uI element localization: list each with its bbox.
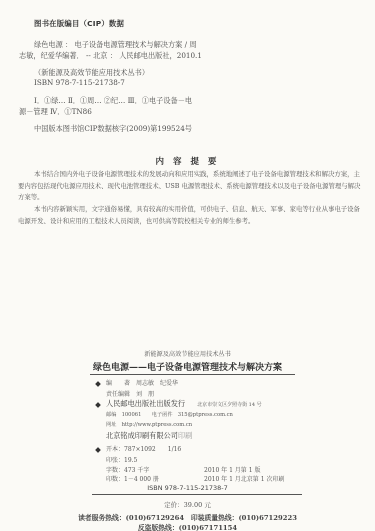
printer-row: 北京铭成印刷有限公司印刷 bbox=[106, 431, 192, 441]
cip-isbn: ISBN 978-7-115-21738-7 bbox=[34, 78, 125, 88]
cip-series: （新能源及高效节能应用技术丛书） bbox=[34, 68, 149, 78]
sheets-row: 印张：19.5 bbox=[106, 455, 137, 464]
contact-row: 邮编 100061 电子函件 315@ptpress.com.cn bbox=[106, 411, 233, 418]
isbn-line: ISBN 978-7-115-21738-7 bbox=[0, 484, 375, 492]
diamond-bullet-icon bbox=[95, 381, 101, 387]
book-title: 绿色电源——电子设备电源管理技术与解决方案 bbox=[0, 360, 375, 373]
publisher-row: 人民邮电出版社出版发行 北京市崇文区夕照寺街 14 号 bbox=[96, 399, 262, 409]
format-row: 开本：787×1092 1/16 bbox=[96, 444, 181, 453]
copies-row: 印数：1－4 000 册 bbox=[106, 474, 159, 483]
diamond-bullet-icon bbox=[95, 447, 101, 453]
cip-class-2: 源－管理 Ⅳ．①TN86 bbox=[19, 107, 92, 117]
cip-line-2: 志敏，纪爱华编著． -- 北京 ： 人民邮电出版社，2010.1 bbox=[19, 51, 202, 61]
cip-heading: 图书在版编目（CIP）数据 bbox=[34, 18, 124, 29]
website-row: 网址 http://www.ptpress.com.cn bbox=[106, 421, 192, 428]
diamond-bullet-icon bbox=[95, 402, 101, 408]
summary-heading: 内 容 提 要 bbox=[0, 155, 375, 167]
cip-class-1: Ⅰ．①绿… Ⅱ．①周… ②纪… Ⅲ．①电子设备－电 bbox=[34, 96, 192, 106]
authors-row: 编 著 周志敏 纪爱华 bbox=[96, 378, 178, 387]
title-divider bbox=[90, 374, 295, 375]
printing-row: 2010 年 1 月北京第 1 次印刷 bbox=[204, 474, 284, 483]
summary-paragraph-1: 本书结合国内外电子设备电源管理技术的发展动向和应用实践，系统地阐述了电子设备电源… bbox=[18, 169, 363, 204]
series-name: 新能源及高效节能应用技术丛书 bbox=[0, 349, 375, 358]
editor-row: 责任编辑 刘 朋 bbox=[106, 389, 154, 398]
cip-line-1: 绿色电源 ： 电子设备电源管理技术与解决方案 / 周 bbox=[34, 40, 197, 50]
cip-record-no: 中国版本图书馆CIP数据核字(2009)第199524号 bbox=[34, 124, 192, 134]
words-row: 字数：473 千字 bbox=[106, 465, 149, 474]
edition-row: 2010 年 1 月第 1 版 bbox=[204, 465, 260, 474]
anti-piracy-hotline: 反盗版热线：(010)67171154 bbox=[0, 522, 375, 531]
service-hotlines: 读者服务热线：(010)67129264 印装质量热线：(010)6712922… bbox=[0, 512, 375, 522]
summary-paragraph-2: 本书内容新颖实用，文字通俗易懂，具有较高的实用价值，可供电子、信息、航天、军事、… bbox=[18, 204, 363, 227]
price: 定价：39.00 元 bbox=[0, 500, 375, 509]
isbn-divider bbox=[92, 494, 302, 495]
